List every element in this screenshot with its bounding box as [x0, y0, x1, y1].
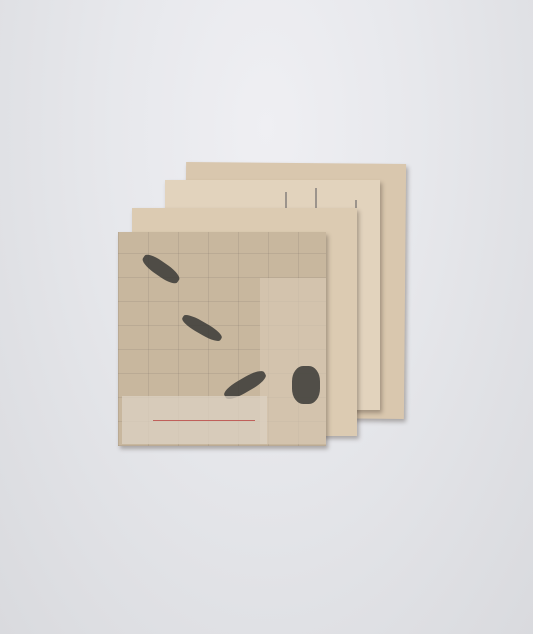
photo-scene: Stack of layered antique handwritten pap… [0, 0, 533, 634]
ink-stroke [292, 366, 320, 404]
paper-patch [260, 278, 326, 444]
red-ruling-line [153, 420, 255, 421]
